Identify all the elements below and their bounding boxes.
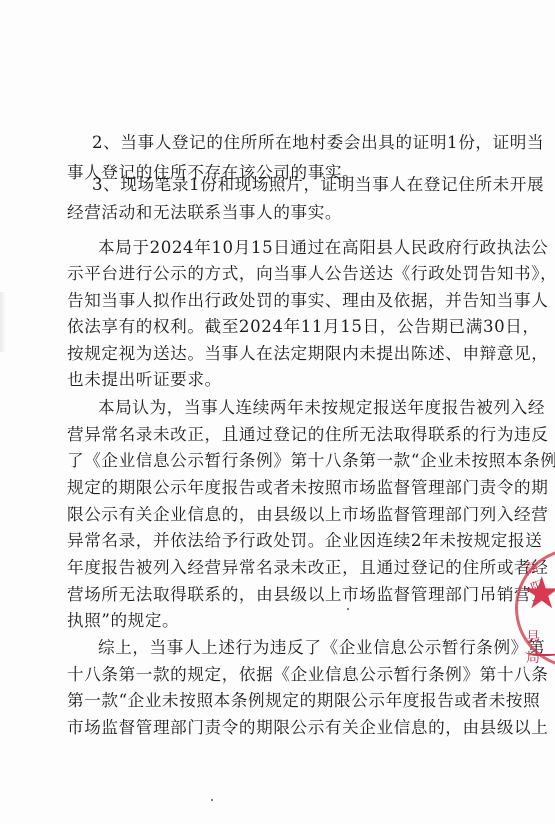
text-line: 综上，当事人上述行为违反了《企业信息公示暂行条例》第	[98, 638, 545, 658]
text-line: 本局认为，当事人连续两年未按规定报送年度报告被列入经	[98, 398, 545, 418]
scan-speck	[232, 425, 234, 427]
text-line: 示平台进行公示的方式，向当事人公告送达《行政处罚告知书》，	[67, 264, 555, 284]
text-line: 市场监督管理部门责令的期限公示有关企业信息的，由县级以上	[67, 718, 548, 738]
text-line: 执照”的规定。	[67, 611, 179, 631]
document-page: 2、当事人登记的住所所在地村委会出具的证明1份，证明当 事人登记的住所不存在该公…	[0, 0, 555, 824]
scan-speck	[347, 608, 349, 610]
text-line: 本局于2024年10月15日通过在高阳县人民政府行政执法公	[98, 238, 548, 258]
text-line: 营场所无法取得联系的，由县级以上市场监督管理部门吊销营业	[67, 585, 548, 605]
text-line: 2、当事人登记的住所所在地村委会出具的证明1份，证明当	[92, 133, 544, 153]
text-line: 营异常名录未改正，且通过登记的住所无法取得联系的行为违反	[67, 425, 548, 445]
text-line: 异常名录，并依法给予行政处罚。企业因连续2年未按规定报送	[67, 531, 542, 551]
text-line: 3、现场笔录1份和现场照片，证明当事人在登记住所未开展	[92, 175, 544, 195]
text-line: 年度报告被列入经营异常名录未改正，且通过登记的住所或者经	[67, 558, 548, 578]
seal-text-bottom: 县局	[526, 627, 555, 667]
text-line: 了《企业信息公示暂行条例》第十八条第一款“企业未按照本条例	[67, 451, 555, 471]
text-line: 经营活动和无法联系当事人的事实。	[67, 203, 342, 223]
scan-speck	[211, 799, 213, 801]
text-line: 限公示有关企业信息的，由县级以上市场监督管理部门列入经营	[67, 505, 548, 525]
seal-star-icon: ★	[522, 572, 555, 616]
text-line: 规定的期限公示年度报告或者未按照市场监督管理部门责令的期	[67, 478, 548, 498]
text-line: 十八条第一款的规定，依据《企业信息公示暂行条例》第十八条	[67, 665, 548, 685]
text-line: 依法享有的权利。截至2024年11月15日，公告期已满30日，	[67, 317, 540, 337]
text-line: 按规定视为送达。当事人在法定期限内未提出陈述、申辩意见，	[67, 344, 548, 364]
page-edge-shadow	[0, 292, 6, 352]
text-line: 第一款“企业未按照本条例规定的期限公示年度报告或者未按照	[67, 691, 540, 711]
text-line: 也未提出听证要求。	[67, 370, 222, 390]
text-line: 告知当事人拟作出行政处罚的事实、理由及依据，并告知当事人	[67, 291, 548, 311]
